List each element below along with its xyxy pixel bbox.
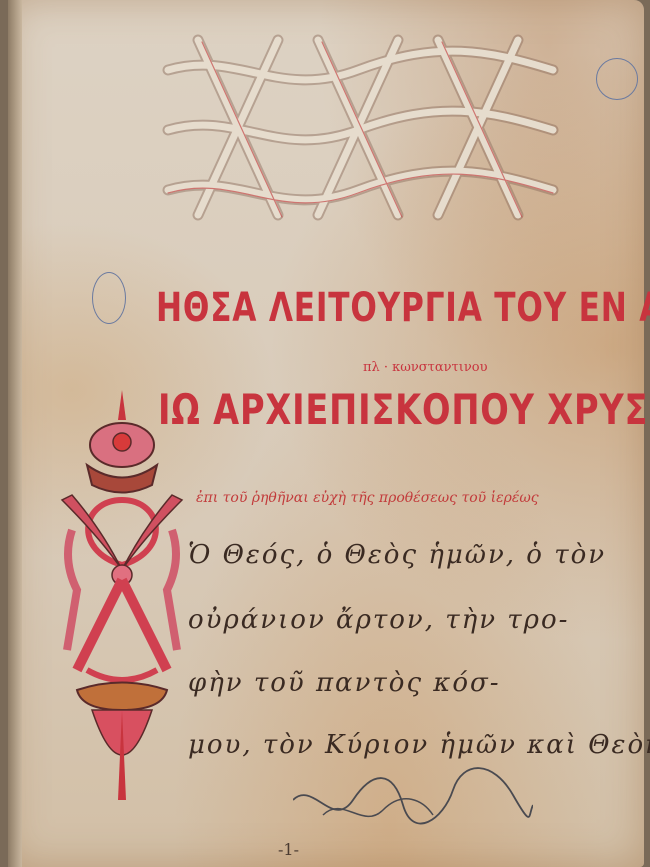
library-stamp [596,58,638,100]
text-line-1: Ὁ Θεός, ὁ Θεὸς ἡμῶν, ὁ τὸν [188,540,606,570]
supralinear-note: πλ · κωνσταντινου [363,360,487,375]
manuscript-page: ΗΘΣΑ ΛΕΙΤΟΥΡΓΙΑ ΤΟΥ ΕΝ ΑΓΙΟΙΣ ΠΡΣ ΗΜΩΝ π… [8,0,644,867]
pen-trial-scribble [293,760,533,830]
floral-initial-ornament [52,390,192,800]
text-line-4: μου, τὸν Κύριον ἡμῶν καὶ Θεὸν [188,730,650,760]
text-line-3: φὴν τοῦ παντὸς κόσ- [188,668,501,698]
title-line-2: ΙΩ ΑΡΧΙΕΠΙΣΚΟΠΟΥ ΧΡΥΣΟΣΤ [158,385,650,434]
rubric-line: ἐπι τοῦ ῥηθῆναι εὐχὴ τῆς προθέσεως τοῦ ἱ… [196,490,539,506]
library-stamp [92,272,126,324]
interlace-headpiece [158,30,563,225]
text-line-2: οὐράνιον ἄρτον, τὴν τρο- [188,605,569,635]
page-edge [8,0,22,867]
page-number: -1- [278,840,299,859]
title-line-1: ΗΘΣΑ ΛΕΙΤΟΥΡΓΙΑ ΤΟΥ ΕΝ ΑΓΙΟΙΣ ΠΡΣ ΗΜΩΝ [156,285,650,331]
